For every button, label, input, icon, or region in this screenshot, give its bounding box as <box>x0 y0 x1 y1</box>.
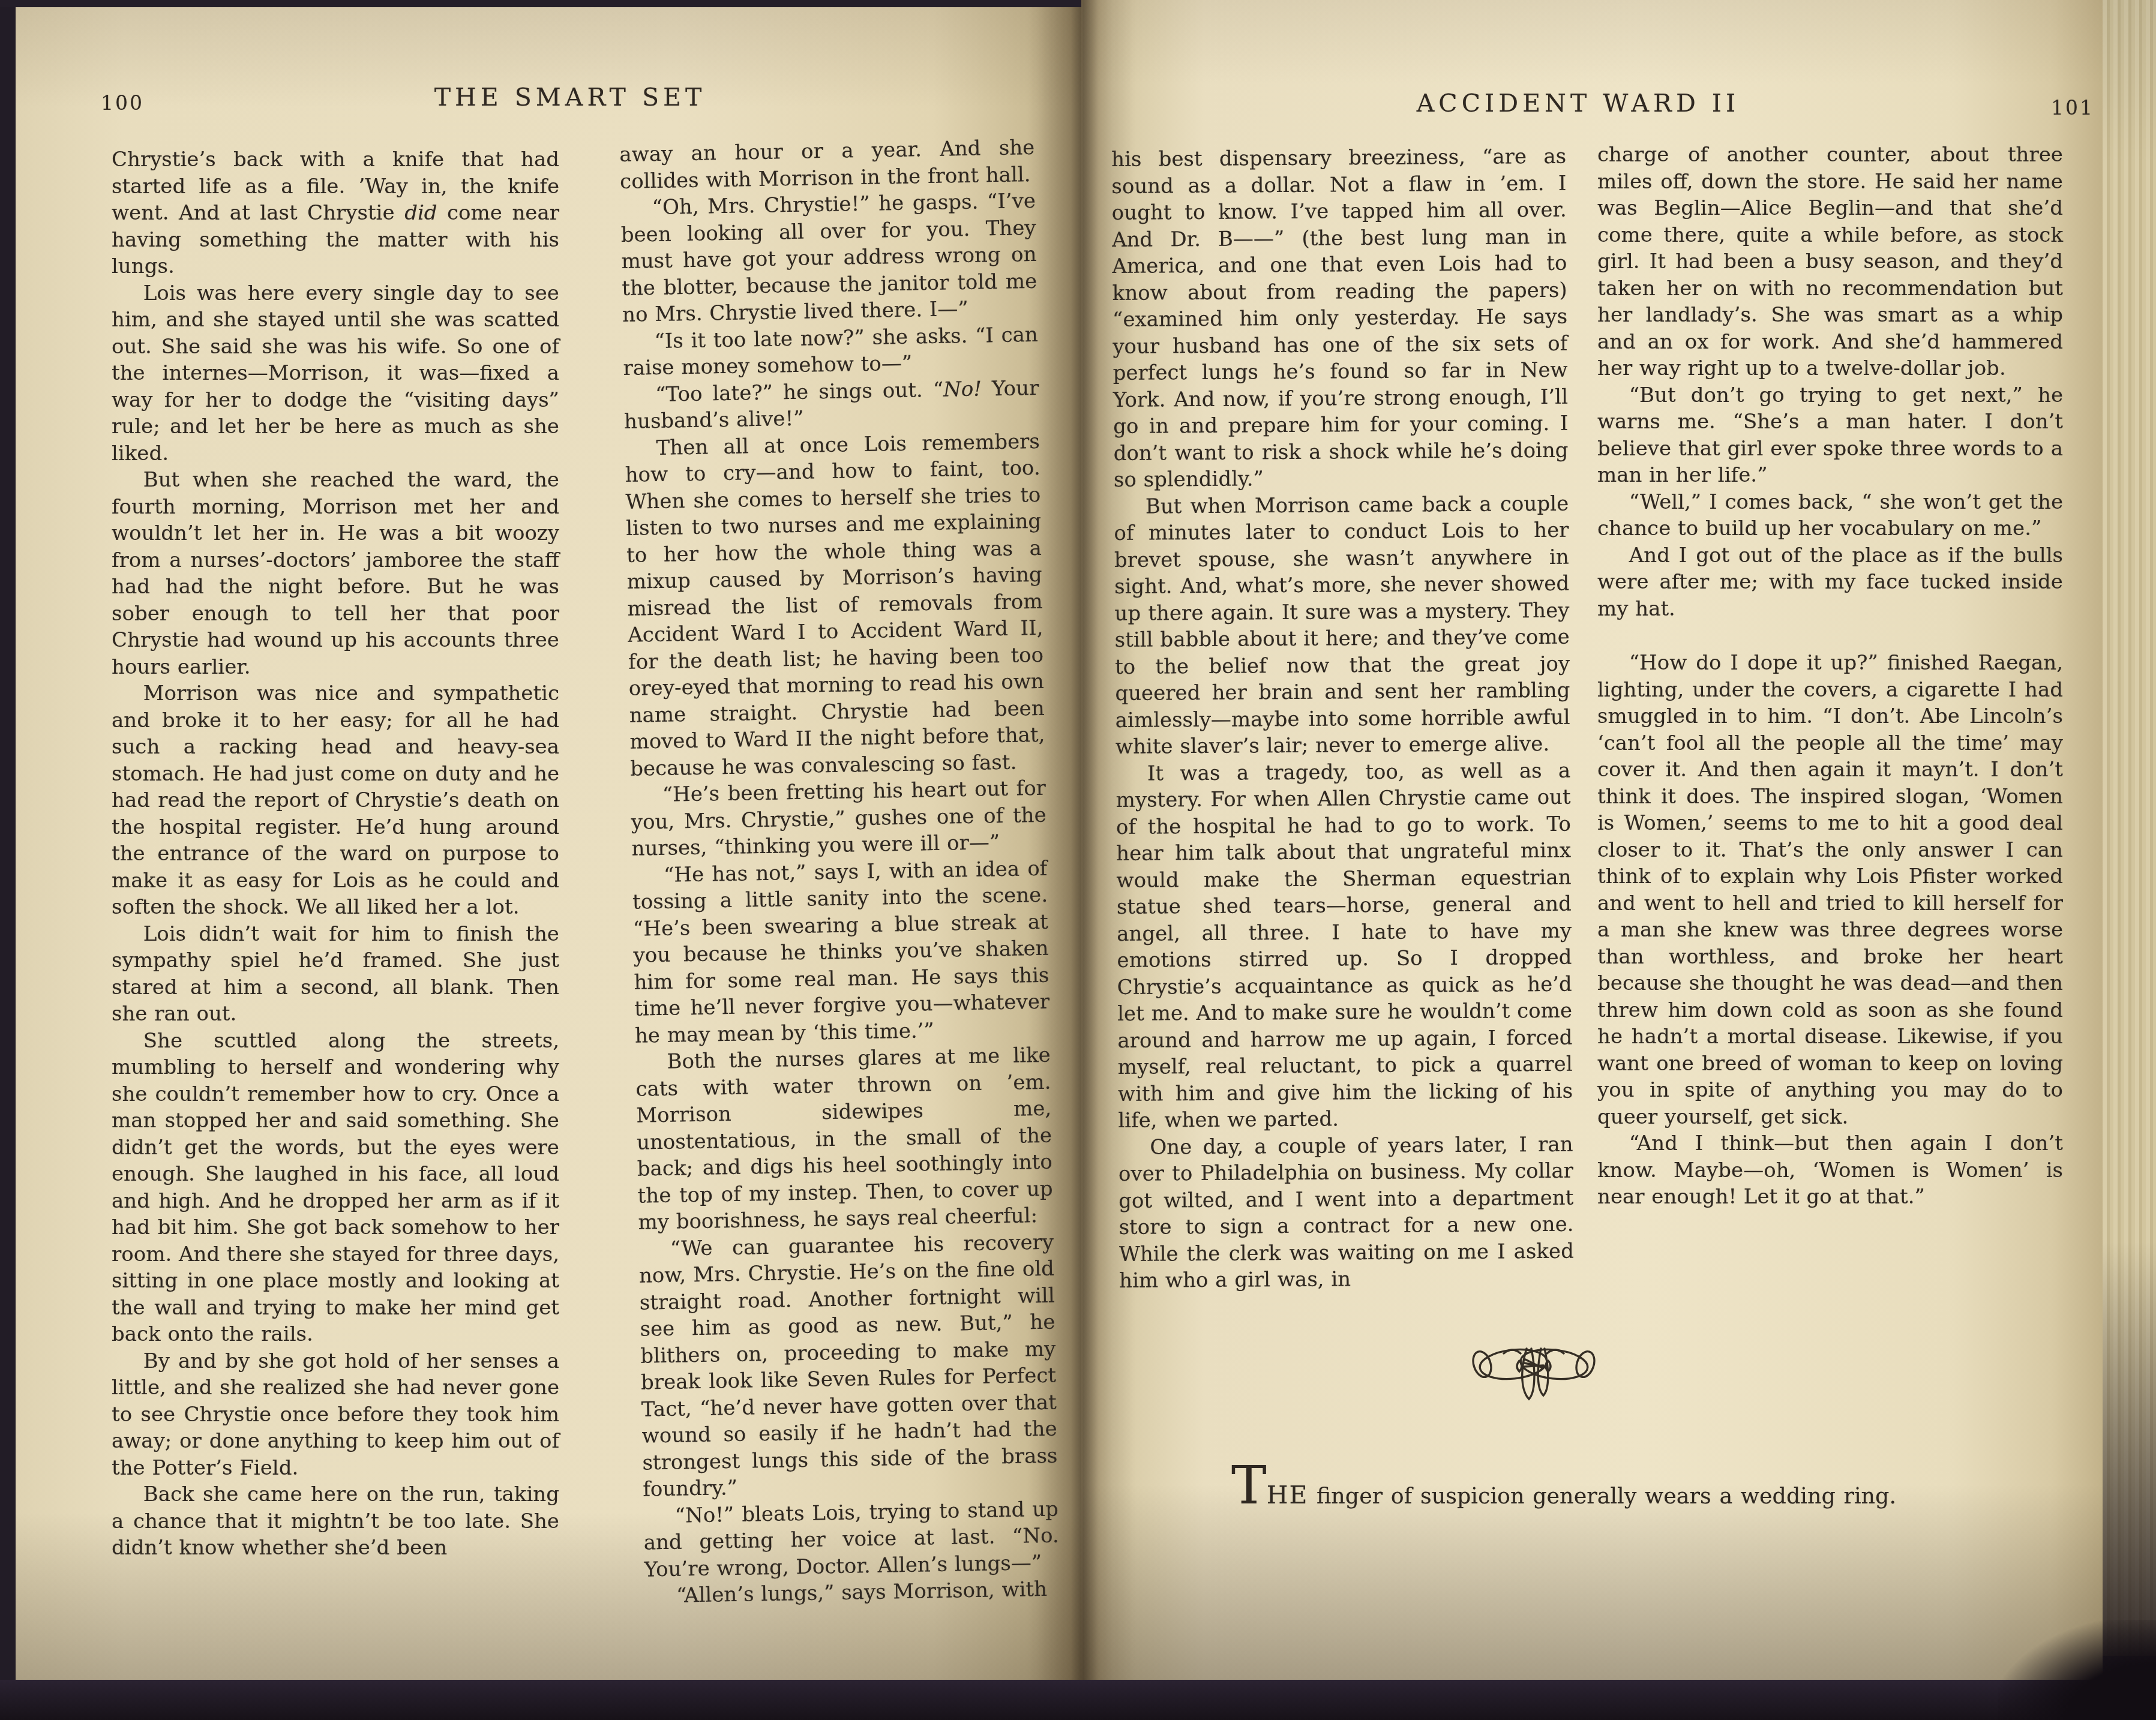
running-title-right: ACCIDENT WARD II <box>1110 89 2046 118</box>
left-page-column-2: away an hour or a year. And she collides… <box>619 134 1060 1610</box>
paragraph: “He’s been fretting his heart out for yo… <box>631 775 1047 863</box>
text-run: “No!” bleats Lois, trying to stand up an… <box>643 1497 1059 1581</box>
paragraph: Morrison was nice and sympathetic and br… <box>112 680 559 921</box>
paragraph: away an hour or a year. And she collides… <box>619 134 1035 195</box>
text-run: “Is it too late now?” she asks. “I can r… <box>623 322 1038 380</box>
paragraph: “Oh, Mrs. Chrystie!” he gasps. “I’ve bee… <box>620 188 1038 329</box>
epigram-dropcap: T <box>1231 1454 1267 1516</box>
paragraph: But when she reached the ward, the fourt… <box>112 467 559 680</box>
paragraph: “Is it too late now?” she asks. “I can r… <box>622 321 1038 382</box>
paragraph: “Too late?” he sings out. “No! Your husb… <box>623 374 1039 435</box>
paragraph: “Well,” I comes back, “ she won’t get th… <box>1597 489 2063 542</box>
text-run: “We can guarantee his recovery now, Mrs.… <box>639 1230 1058 1502</box>
left-page-column-1: Chrystie’s back with a knife that had st… <box>112 146 559 1562</box>
text-run: “How do I dope it up?” finished Raegan, … <box>1597 651 2063 1129</box>
text-run: But when Morrison came back a couple of … <box>1114 491 1570 759</box>
text-run: Then all at once Lois remembers how to c… <box>625 429 1045 781</box>
text-run: Both the nurses glares at me like cats w… <box>635 1043 1053 1235</box>
text-run: “Allen’s lungs,” says Morrison, with <box>676 1577 1048 1608</box>
paragraph: Lois didn’t wait for him to finish the s… <box>112 921 559 1028</box>
flourish-ornament-icon <box>1469 1337 1599 1413</box>
paragraph: “We can guarantee his recovery now, Mrs.… <box>638 1229 1058 1503</box>
text-run: And I got out of the place as if the bul… <box>1597 544 2063 621</box>
paragraph: Both the nurses glares at me like cats w… <box>635 1042 1053 1236</box>
paragraph: his best dispensary breeziness, “are as … <box>1111 143 1569 494</box>
paragraph: “And I think—but then again I don’t know… <box>1597 1130 2063 1211</box>
text-run: It was a tragedy, too, as well as a myst… <box>1116 758 1573 1133</box>
text-run: Morrison was nice and sympathetic and br… <box>112 682 559 919</box>
text-run: Back she came here on the run, taking a … <box>112 1482 559 1560</box>
right-page-column-1: his best dispensary breeziness, “are as … <box>1111 143 1574 1295</box>
right-page-number: 101 <box>2051 96 2094 119</box>
text-run: “Oh, Mrs. Chrystie!” he gasps. “I’ve bee… <box>620 189 1037 327</box>
text-run: She scuttled along the streets, mumbling… <box>112 1029 559 1347</box>
text-run: “He’s been fretting his heart out for yo… <box>631 776 1046 861</box>
text-run: away an hour or a year. And she collides… <box>619 136 1035 194</box>
text-run: One day, a couple of years later, I ran … <box>1119 1132 1574 1293</box>
running-title-left: THE SMART SET <box>111 83 1029 112</box>
paragraph: By and by she got hold of her senses a l… <box>112 1348 559 1482</box>
right-page-column-2: charge of another counter, about three m… <box>1597 142 2063 1211</box>
paragraph: “He has not,” says I, with an idea of to… <box>632 855 1050 1049</box>
text-run: his best dispensary breeziness, “are as … <box>1111 145 1569 492</box>
paragraph: She scuttled along the streets, mumbling… <box>112 1028 559 1348</box>
text-run: “Well,” I comes back, “ she won’t get th… <box>1597 490 2063 541</box>
paragraph: charge of another counter, about three m… <box>1597 142 2063 382</box>
paragraph: “But don’t go trying to get next,” he wa… <box>1597 382 2063 489</box>
text-run: But when she reached the ward, the fourt… <box>112 468 559 679</box>
text-run: No! <box>943 377 982 401</box>
paragraph: Then all at once Lois remembers how to c… <box>625 428 1046 782</box>
paragraph: Lois was here every single day to see hi… <box>112 280 559 467</box>
text-run: charge of another counter, about three m… <box>1597 143 2063 380</box>
book-spread-scan: 100 THE SMART SET ACCIDENT WARD II 101 C… <box>0 0 2156 1720</box>
paragraph: “How do I dope it up?” finished Raegan, … <box>1597 650 2063 1130</box>
paragraph: But when Morrison came back a couple of … <box>1114 490 1570 760</box>
epigram-lead: HE <box>1267 1481 1309 1509</box>
background-corner-shadow <box>1998 1620 2156 1720</box>
paragraph: And I got out of the place as if the bul… <box>1597 542 2063 623</box>
paragraph: Chrystie’s back with a knife that had st… <box>112 146 559 280</box>
text-run: Lois didn’t wait for him to finish the s… <box>112 922 559 1026</box>
paragraph: One day, a couple of years later, I ran … <box>1118 1131 1574 1294</box>
epigram-text: finger of suspicion generally wears a we… <box>1308 1483 1896 1509</box>
background-edge-bottom <box>0 1680 2156 1720</box>
text-run: Lois was here every single day to see hi… <box>112 281 559 466</box>
epigram: THE finger of suspicion generally wears … <box>1231 1461 1939 1509</box>
paragraph: Back she came here on the run, taking a … <box>112 1481 559 1562</box>
page-edges <box>2103 0 2156 1656</box>
text-run: did <box>404 201 437 225</box>
text-run: By and by she got hold of her senses a l… <box>112 1349 559 1480</box>
text-run: “Too late?” he sings out. “ <box>655 377 944 406</box>
paragraph: It was a tragedy, too, as well as a myst… <box>1116 757 1573 1134</box>
text-run: “And I think—but then again I don’t know… <box>1597 1131 2063 1209</box>
background-edge-top <box>0 0 1081 7</box>
paragraph: “No!” bleats Lois, trying to stand up an… <box>643 1496 1060 1583</box>
text-run: “He has not,” says I, with an idea of to… <box>632 856 1050 1047</box>
text-run: “But don’t go trying to get next,” he wa… <box>1597 383 2063 488</box>
